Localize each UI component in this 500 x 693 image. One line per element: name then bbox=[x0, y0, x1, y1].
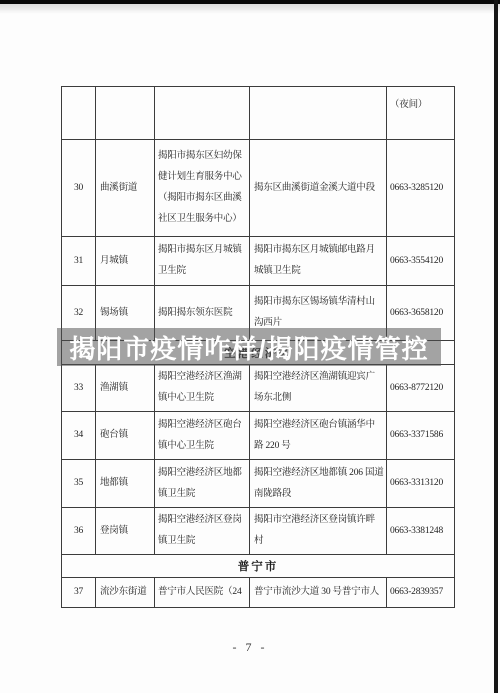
cell-address: 揭阳市揭东区月城镇邮电路月城镇卫生院 bbox=[249, 236, 386, 285]
cell-hospital bbox=[154, 87, 249, 139]
cell-phone: 0663-3554120 bbox=[386, 236, 454, 285]
table-row: 36 登岗镇 揭阳空港经济区登岗镇卫生院 揭阳市空港经济区登岗镇许畔村 0663… bbox=[62, 507, 454, 554]
table-row: 34 砲台镇 揭阳空港经济区砲台镇中心卫生院 揭阳空港经济区砲台镇涵华中路 22… bbox=[62, 411, 454, 459]
section-header-row-puning: 普宁市 bbox=[62, 554, 454, 577]
cell-hospital: 揭阳市揭东区月城镇卫生院 bbox=[154, 236, 249, 285]
headline-overlay-banner: 揭阳市疫情咋样/揭阳疫情管控 bbox=[57, 328, 441, 366]
cell-town: 渔湖镇 bbox=[95, 364, 154, 411]
cell-no: 33 bbox=[62, 364, 95, 411]
cell-address: 揭阳空港经济区地都镇 206 国道南陇路段 bbox=[249, 459, 386, 507]
cell-address: 揭阳空港经济区砲台镇涵华中路 220 号 bbox=[249, 411, 386, 459]
table-row: 30 曲溪街道 揭阳市揭东区妇幼保健计划生育服务中心（揭阳市揭东区曲溪社区卫生服… bbox=[62, 139, 454, 236]
cell-phone: 0663-3371586 bbox=[386, 411, 454, 459]
cell-town: 登岗镇 bbox=[95, 507, 154, 554]
cell-phone: 0663-8772120 bbox=[386, 364, 454, 411]
cell-town: 曲溪街道 bbox=[95, 139, 154, 236]
table-row: 35 地都镇 揭阳空港经济区地都镇卫生院 揭阳空港经济区地都镇 206 国道南陇… bbox=[62, 459, 454, 507]
cell-hospital: 普宁市人民医院（24 bbox=[154, 577, 249, 607]
cell-no: 30 bbox=[62, 139, 95, 236]
cell-phone: 0663-2839357 bbox=[386, 577, 454, 607]
cell-no: 34 bbox=[62, 411, 95, 459]
table-row: 33 渔湖镇 揭阳空港经济区渔湖镇中心卫生院 揭阳空港经济区渔湖镇迎宾广场东北侧… bbox=[62, 364, 454, 411]
cell-phone-night-label: （夜间） bbox=[386, 87, 454, 139]
cell-hospital: 揭阳空港经济区渔湖镇中心卫生院 bbox=[154, 364, 249, 411]
cell-address: 揭阳空港经济区渔湖镇迎宾广场东北侧 bbox=[249, 364, 386, 411]
cell-phone: 0663-3313120 bbox=[386, 459, 454, 507]
cell-hospital: 揭阳市揭东区妇幼保健计划生育服务中心（揭阳市揭东区曲溪社区卫生服务中心） bbox=[154, 139, 249, 236]
table-row-header-partial: （夜间） bbox=[62, 87, 454, 139]
cell-town: 流沙东街道 bbox=[95, 577, 154, 607]
cell-no: 31 bbox=[62, 236, 95, 285]
headline-text: 揭阳市疫情咋样/揭阳疫情管控 bbox=[69, 329, 428, 366]
cell-town: 月城镇 bbox=[95, 236, 154, 285]
scan-edge-top-shadow bbox=[0, 4, 500, 14]
table-row: 37 流沙东街道 普宁市人民医院（24 普宁市流沙大道 30 号普宁市人 066… bbox=[62, 577, 454, 607]
cell-phone: 0663-3381248 bbox=[386, 507, 454, 554]
page-number: - 7 - bbox=[0, 640, 500, 655]
cell-address: 普宁市流沙大道 30 号普宁市人 bbox=[249, 577, 386, 607]
scan-edge-right bbox=[494, 0, 498, 693]
cell-address bbox=[249, 87, 386, 139]
cell-no: 36 bbox=[62, 507, 95, 554]
cell-address: 揭阳市空港经济区登岗镇许畔村 bbox=[249, 507, 386, 554]
cell-town: 地都镇 bbox=[95, 459, 154, 507]
cell-hospital: 揭阳空港经济区登岗镇卫生院 bbox=[154, 507, 249, 554]
cell-town: 砲台镇 bbox=[95, 411, 154, 459]
cell-phone: 0663-3285120 bbox=[386, 139, 454, 236]
cell-no bbox=[62, 87, 95, 139]
cell-address: 揭东区曲溪街道金溪大道中段 bbox=[249, 139, 386, 236]
cell-no: 37 bbox=[62, 577, 95, 607]
cell-hospital: 揭阳空港经济区地都镇卫生院 bbox=[154, 459, 249, 507]
cell-no: 35 bbox=[62, 459, 95, 507]
table-row: 31 月城镇 揭阳市揭东区月城镇卫生院 揭阳市揭东区月城镇邮电路月城镇卫生院 0… bbox=[62, 236, 454, 285]
cell-town bbox=[95, 87, 154, 139]
section-header-label: 普宁市 bbox=[62, 554, 454, 577]
cell-hospital: 揭阳空港经济区砲台镇中心卫生院 bbox=[154, 411, 249, 459]
